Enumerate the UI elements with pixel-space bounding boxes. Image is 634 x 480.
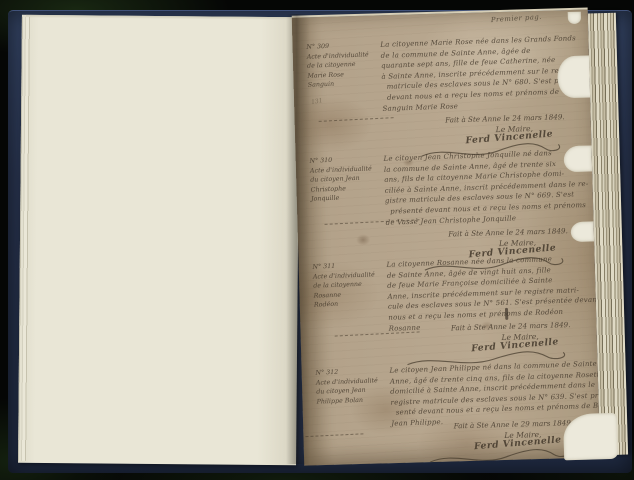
torn-paper-patch (557, 55, 592, 98)
torn-paper-patch (563, 145, 592, 172)
entry-margin-note: N° 309 Acte d'individualité de la citoye… (306, 40, 386, 91)
register-entry: N° 309 Acte d'individualité de la citoye… (292, 33, 588, 41)
entry-date-line: Fait à Ste Anne le 24 mars 1849. (357, 112, 565, 127)
right-page-assembly: Premier pag. 131 N° 309 Acte d'individua… (290, 2, 634, 473)
manuscript-page: Premier pag. 131 N° 309 Acte d'individua… (292, 7, 600, 465)
entry-margin-note: N° 312 Acte d'individualité du citoyen J… (315, 366, 394, 407)
torn-paper-patch (568, 12, 581, 24)
ink-blot (505, 308, 508, 320)
torn-paper-patch (571, 221, 595, 242)
entry-body-text: Le citoyen Jean Christophe Jonquille né … (383, 147, 589, 228)
entry-margin-note: N° 310 Acte d'individualité du citoyen J… (309, 154, 389, 205)
entry-date-line: Fait à Ste Anne le 24 mars 1849. (360, 226, 568, 241)
entry-closing: Fait à Ste Anne le 29 mars 1849. Le Mair… (365, 418, 576, 466)
blank-left-page (18, 15, 300, 465)
pencil-annotation: Premier pag. (491, 13, 542, 24)
entry-separator (305, 433, 363, 437)
scanned-register-photo: Premier pag. 131 N° 309 Acte d'individua… (0, 0, 634, 480)
entry-body-text: La citoyenne Marie Rose née dans les Gra… (380, 33, 586, 114)
entry-margin-note: N° 311 Acte d'individualité de la citoye… (312, 260, 392, 311)
pencil-margin-mark: 131 (311, 97, 323, 106)
